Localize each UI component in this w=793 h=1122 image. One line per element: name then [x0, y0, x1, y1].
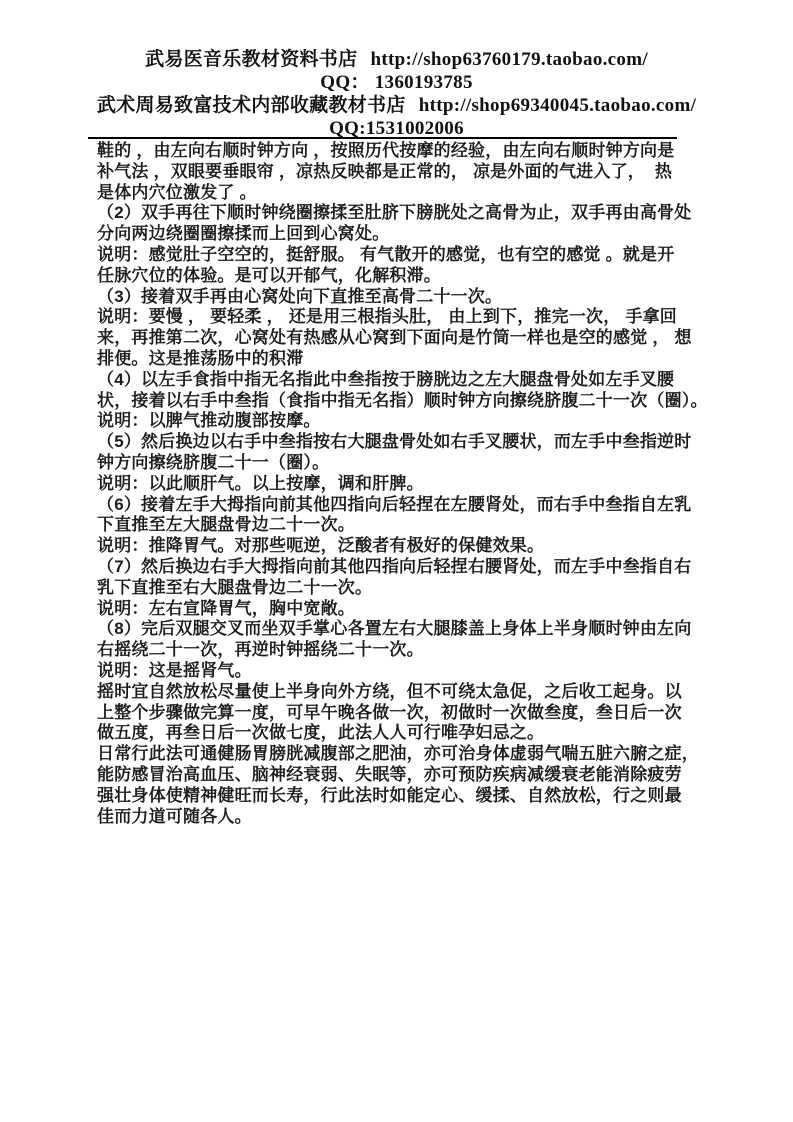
- text-line: 乳下直推至右大腿盘骨边二十一次。: [97, 578, 697, 599]
- text-line: 来，再推第二次，心窝处有热感从心窝到下面向是竹筒一样也是空的感觉 ， 想: [97, 328, 697, 349]
- document-body-text: 鞋的 ，由左向右顺时钟方向 ，按照历代按摩的经验，由左向右顺时钟方向是 补气法 …: [97, 141, 697, 827]
- text-line: 任脉穴位的体验。是可以开郁气，化解积滞。: [97, 266, 697, 287]
- document-page: 武易医音乐教材资料书店 http://shop63760179.taobao.c…: [0, 0, 793, 1122]
- document-header: 武易医音乐教材资料书店 http://shop63760179.taobao.c…: [0, 48, 793, 140]
- text-line: 说明：推降胃气。对那些呃逆，泛酸者有极好的保健效果。: [97, 536, 697, 557]
- text-line: 说明：左右宣降胃气，胸中宽敞。: [97, 599, 697, 620]
- text-line: 上整个步骤做完算一度，可早午晚各做一次，初做时一次做叁度，叁日后一次: [97, 703, 697, 724]
- text-line: 钟方向擦绕脐腹二十一（圈）。: [97, 453, 697, 474]
- text-line: 摇时宜自然放松尽量使上半身向外方绕，但不可绕太急促，之后收工起身。以: [97, 682, 697, 703]
- text-line: （7）然后换边右手大拇指向前其他四指向后轻捏右腰肾处，而左手中叁指自右: [97, 557, 697, 578]
- text-line: （3）接着双手再由心窝处向下直推至高骨二十一次。: [97, 287, 697, 308]
- text-line: 说明：以脾气推动腹部按摩。: [97, 411, 697, 432]
- text-line: 鞋的 ，由左向右顺时钟方向 ，按照历代按摩的经验，由左向右顺时钟方向是: [97, 141, 697, 162]
- text-line: （8）完后双腿交叉而坐双手掌心各置左右大腿膝盖上身体上半身顺时钟由左向: [97, 619, 697, 640]
- text-line: 说明：感觉肚子空空的，挺舒服。 有气散开的感觉，也有空的感觉 。就是开: [97, 245, 697, 266]
- text-line: （5）然后换边以右手中叁指按右大腿盘骨处如右手叉腰状，而左手中叁指逆时: [97, 432, 697, 453]
- text-line: 日常行此法可通健肠胃膀胱减腹部之肥油，亦可治身体虚弱气喘五脏六腑之症，: [97, 744, 697, 765]
- text-line: 补气法 ，双眼要垂眼帘 ，凉热反映都是正常的， 凉是外面的气进入了， 热: [97, 162, 697, 183]
- text-line: 能防感冒治高血压、脑神经衰弱、失眠等，亦可预防疾病减缓衰老能消除疲劳: [97, 765, 697, 786]
- store2-name: 武术周易致富技术内部收藏教材书店: [97, 95, 406, 116]
- text-line: 分向两边绕圈圈擦揉而上回到心窝处。: [97, 224, 697, 245]
- text-line: （2）双手再往下顺时钟绕圈擦揉至肚脐下膀胱处之高骨为止，双手再由高骨处: [97, 203, 697, 224]
- text-line: 做五度，再叁日后一次做七度，此法人人可行唯孕妇忌之。: [97, 723, 697, 744]
- store1-url: http://shop63760179.taobao.com/: [370, 49, 647, 70]
- text-line: 排便。这是推荡肠中的积滞: [97, 349, 697, 370]
- text-line: （6）接着左手大拇指向前其他四指向后轻捏在左腰肾处，而右手中叁指自左乳: [97, 495, 697, 516]
- text-line: 佳而力道可随各人。: [97, 807, 697, 828]
- text-line: 右摇绕二十一次，再逆时钟摇绕二十一次。: [97, 640, 697, 661]
- header-store1-line: 武易医音乐教材资料书店 http://shop63760179.taobao.c…: [0, 48, 793, 71]
- store2-url: http://shop69340045.taobao.com/: [419, 95, 696, 116]
- text-line: （4）以左手食指中指无名指此中叁指按于膀胱边之左大腿盘骨处如左手叉腰: [97, 370, 697, 391]
- text-line: 强壮身体使精神健旺而长寿，行此法时如能定心、缓揉、自然放松，行之则最: [97, 786, 697, 807]
- header-store2-line: 武术周易致富技术内部收藏教材书店 http://shop69340045.tao…: [0, 94, 793, 117]
- header-qq1-line: QQ： 1360193785: [0, 71, 793, 94]
- header-divider-rule: [88, 137, 677, 139]
- text-line: 说明：以此顺肝气。以上按摩，调和肝脾。: [97, 474, 697, 495]
- text-line: 是体内穴位激发了 。: [97, 183, 697, 204]
- text-line: 状，接着以右手中叁指（食指中指无名指）顺时钟方向擦绕脐腹二十一次（圈）。: [97, 391, 697, 412]
- text-line: 说明：要慢 ， 要轻柔 ， 还是用三根指头肚， 由上到下，推完一次， 手拿回: [97, 307, 697, 328]
- text-line: 说明：这是摇肾气。: [97, 661, 697, 682]
- store1-name: 武易医音乐教材资料书店: [145, 49, 357, 70]
- text-line: 下直推至左大腿盘骨边二十一次。: [97, 515, 697, 536]
